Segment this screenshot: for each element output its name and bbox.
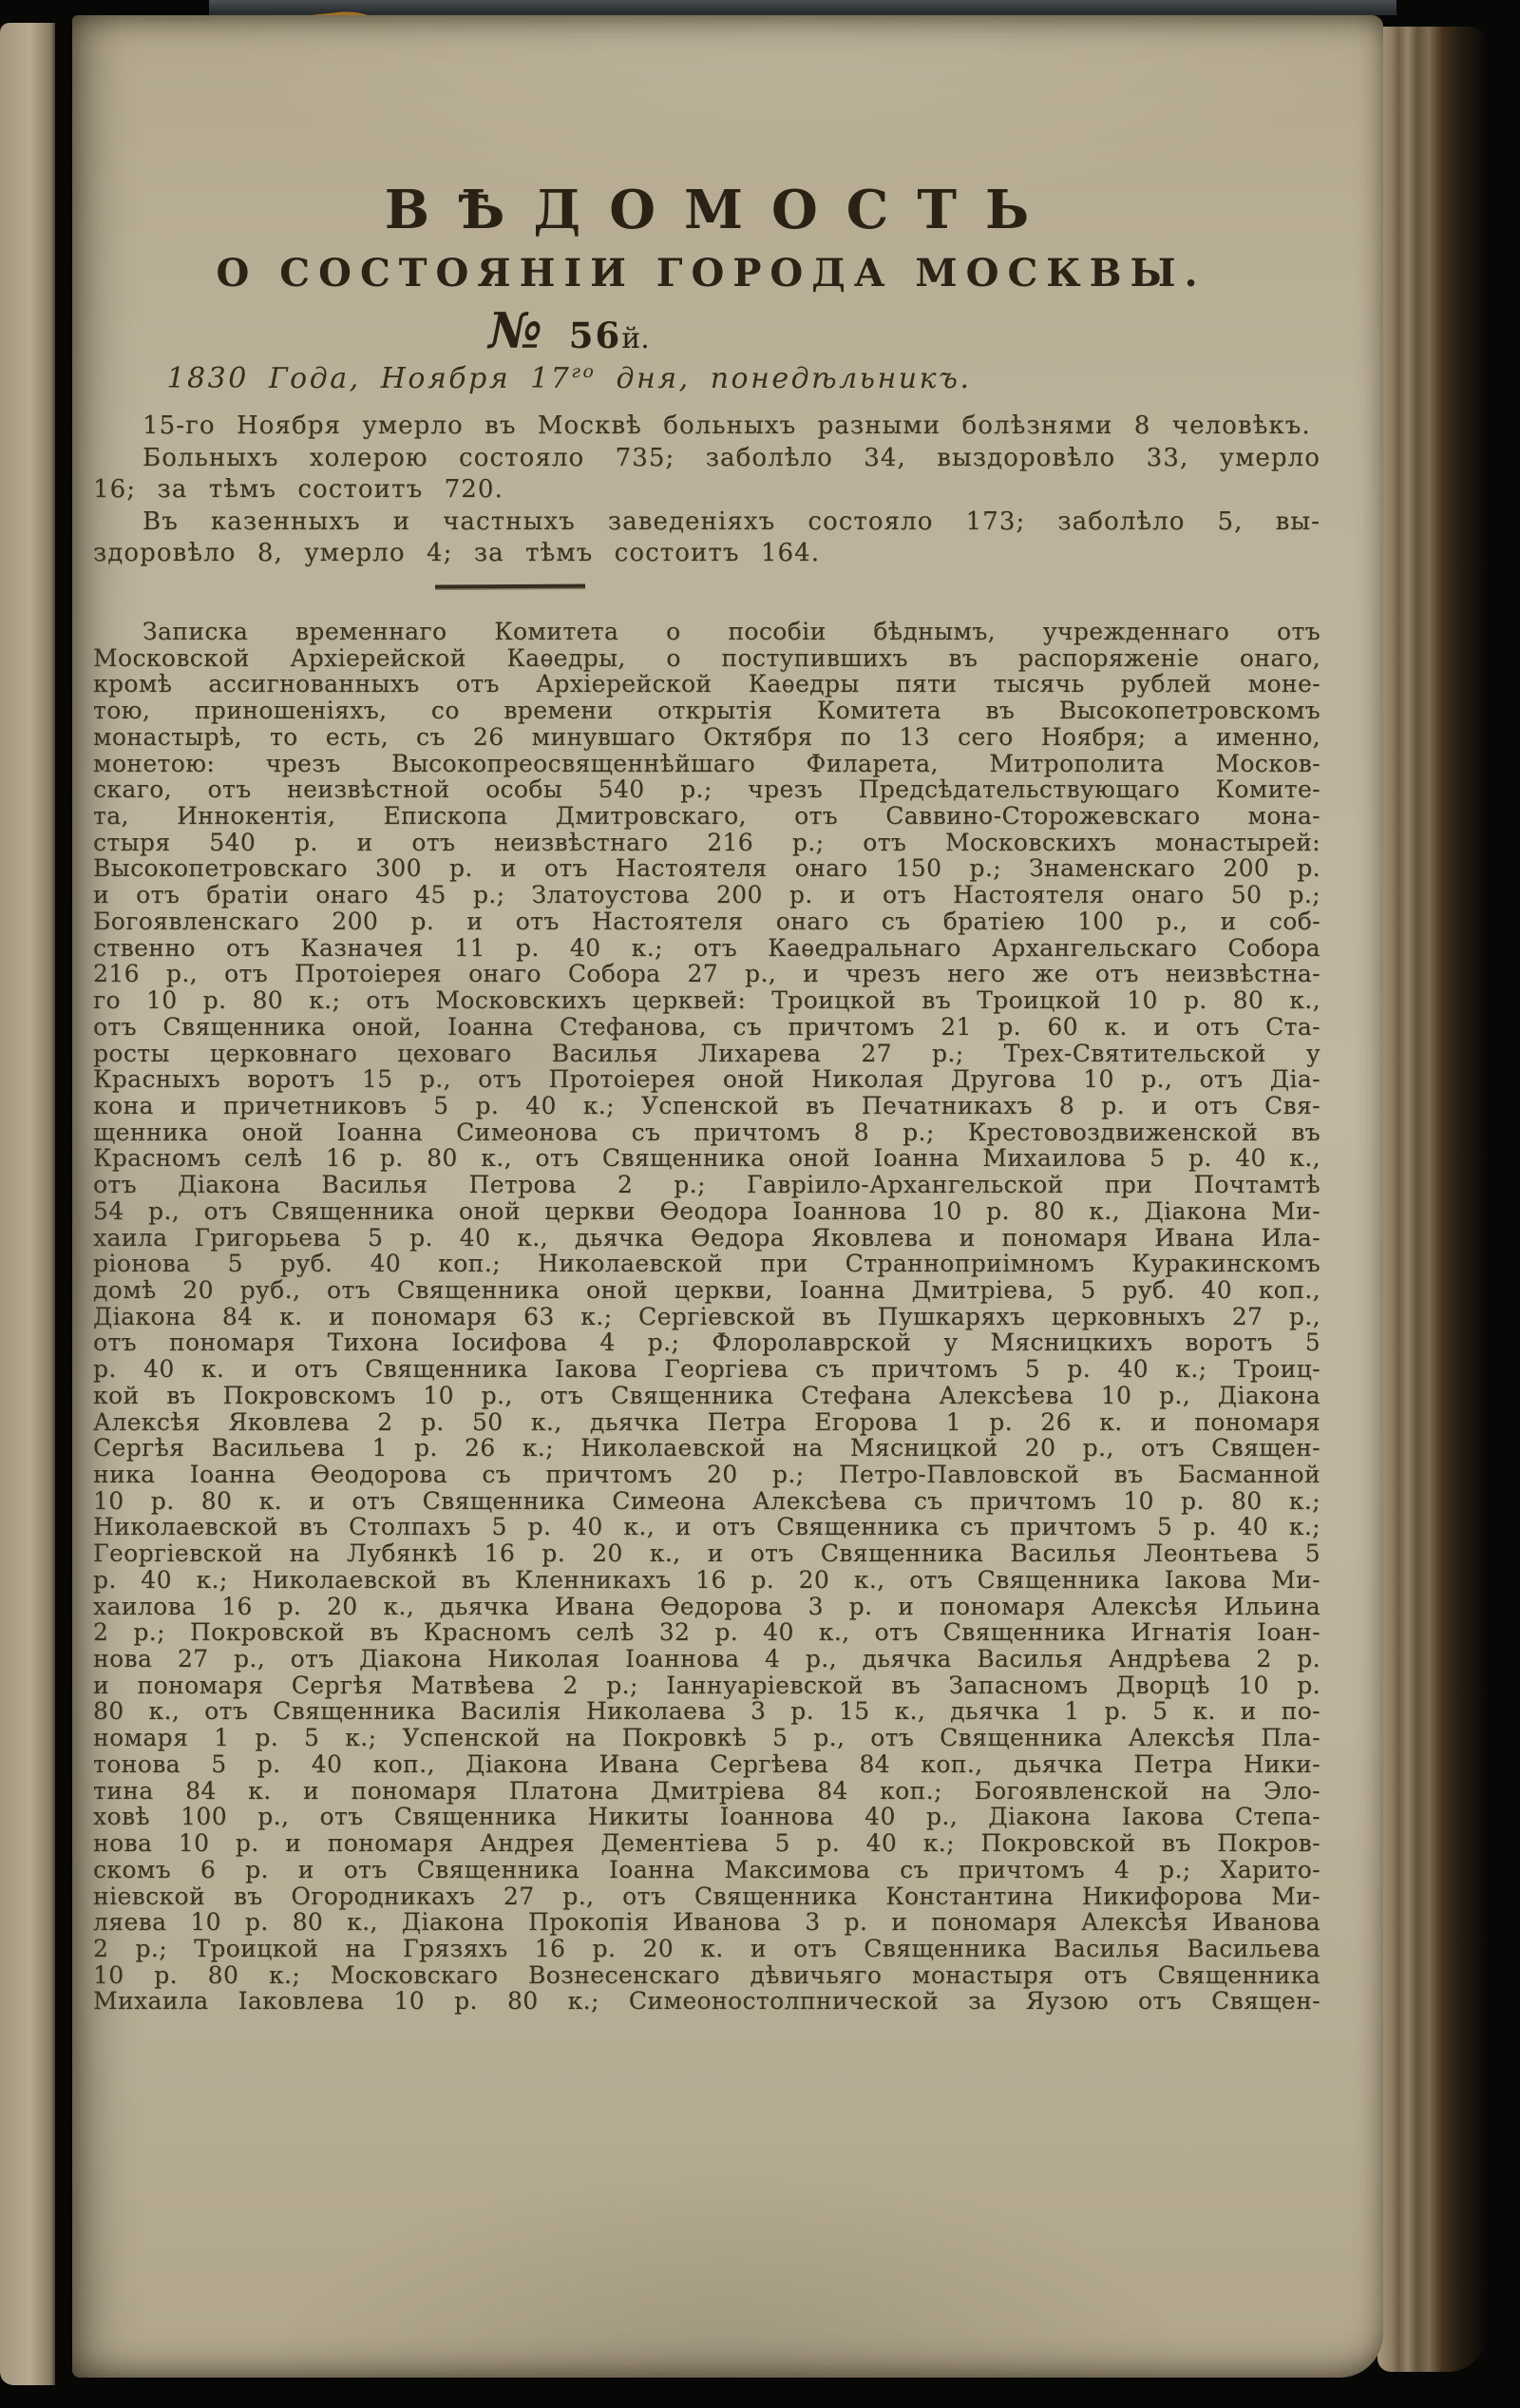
text-line: ріонова 5 руб. 40 коп.; Николаевской при… bbox=[93, 1251, 1320, 1277]
text-line: Въ казенныхъ и частныхъ заведеніяхъ сост… bbox=[93, 506, 1320, 539]
text-line: тонова 5 р. 40 коп., Діакона Ивана Сергѣ… bbox=[93, 1751, 1320, 1778]
text-line: ніевской въ Огородникахъ 27 р., отъ Свящ… bbox=[93, 1883, 1320, 1910]
dateline-post: дня, понедѣльникъ. bbox=[596, 362, 971, 395]
book-spine-top bbox=[209, 0, 1396, 15]
text-line: нова 27 р., отъ Діакона Николая Іоаннова… bbox=[93, 1646, 1320, 1672]
text-line: Діакона 84 к. и пономаря 63 к.; Сергіевс… bbox=[93, 1304, 1320, 1330]
text-line: Московской Архіерейской Каѳедры, о посту… bbox=[93, 645, 1320, 672]
book-photo: ВѢДОМОСТЬ О СОСТОЯНІИ ГОРОДА МОСКВЫ. №56… bbox=[0, 0, 1520, 2408]
text-line: 15-го Ноября умерло въ Москвѣ больныхъ р… bbox=[93, 411, 1320, 443]
dateline-ordinal: го bbox=[571, 361, 596, 382]
previous-page-edge bbox=[0, 23, 55, 2385]
text-line: монетою: чрезъ Высокопреосвященнѣйшаго Ф… bbox=[93, 751, 1320, 777]
text-line: 2 р.; Покровской въ Красномъ селѣ 32 р. … bbox=[93, 1619, 1320, 1646]
text-line: отъ пономаря Тихона Іосифова 4 р.; Флоро… bbox=[93, 1329, 1320, 1356]
text-line: го 10 р. 80 к.; отъ Московскихъ церквей:… bbox=[93, 987, 1320, 1014]
text-line: хаилова 16 р. 20 к., дьячка Ивана Ѳедоро… bbox=[93, 1594, 1320, 1620]
text-line: монастырѣ, то есть, съ 26 минувшаго Октя… bbox=[93, 724, 1320, 751]
text-line: кромѣ ассигнованныхъ отъ Архіерейской Ка… bbox=[93, 671, 1320, 698]
dateline-pre: 1830 Года, Ноября 17 bbox=[166, 362, 571, 395]
text-line: 10 р. 80 к. и отъ Священника Симеона Але… bbox=[93, 1488, 1320, 1515]
text-line: Николаевской въ Столпахъ 5 р. 40 к., и о… bbox=[93, 1514, 1320, 1540]
masthead-subtitle: О СОСТОЯНІИ ГОРОДА МОСКВЫ. bbox=[93, 251, 1320, 296]
numero-sign: № bbox=[488, 302, 542, 360]
text-line: и отъ братіи онаго 45 р.; Златоустова 20… bbox=[93, 882, 1320, 908]
text-column: ВѢДОМОСТЬ О СОСТОЯНІИ ГОРОДА МОСКВЫ. №56… bbox=[93, 15, 1320, 2378]
text-line: Георгіевской на Лубянкѣ 16 р. 20 к., и о… bbox=[93, 1540, 1320, 1567]
daily-report: 15-го Ноября умерло въ Москвѣ больныхъ р… bbox=[93, 411, 1320, 570]
text-line: 10 р. 80 к.; Московскаго Вознесенскаго д… bbox=[93, 1962, 1320, 1989]
text-line: щенника оной Іоанна Симеонова съ причтом… bbox=[93, 1119, 1320, 1146]
text-line: 16; за тѣмъ состоитъ 720. bbox=[93, 474, 1320, 506]
page: ВѢДОМОСТЬ О СОСТОЯНІИ ГОРОДА МОСКВЫ. №56… bbox=[72, 15, 1383, 2378]
text-line: Сергѣя Васильева 1 р. 26 к.; Николаевско… bbox=[93, 1435, 1320, 1462]
text-line: и пономаря Сергѣя Матвѣева 2 р.; Іаннуар… bbox=[93, 1672, 1320, 1699]
text-line: ляева 10 р. 80 к., Діакона Прокопія Иван… bbox=[93, 1909, 1320, 1936]
masthead-title: ВѢДОМОСТЬ bbox=[93, 179, 1320, 241]
text-line: Высокопетровскаго 300 р. и отъ Настоятел… bbox=[93, 855, 1320, 882]
text-line: ственно отъ Казначея 11 р. 40 к.; отъ Ка… bbox=[93, 935, 1320, 962]
text-line: Красномъ селѣ 16 р. 80 к., отъ Священник… bbox=[93, 1145, 1320, 1172]
text-line: нова 10 р. и пономаря Андрея Дементіева … bbox=[93, 1830, 1320, 1857]
text-line: Красныхъ воротъ 15 р., отъ Протоіерея он… bbox=[93, 1066, 1320, 1093]
text-line: Богоявленскаго 200 р. и отъ Настоятеля о… bbox=[93, 908, 1320, 935]
text-line: 2 р.; Троицкой на Грязяхъ 16 р. 20 к. и … bbox=[93, 1936, 1320, 1962]
text-line: росты церковнаго цеховаго Василья Лихаре… bbox=[93, 1041, 1320, 1067]
issue-number: 56 bbox=[569, 315, 622, 356]
text-line: 216 р., отъ Протоіерея онаго Собора 27 р… bbox=[93, 961, 1320, 987]
text-line: ника Іоанна Ѳеодорова съ причтомъ 20 р.;… bbox=[93, 1462, 1320, 1488]
text-line: тою, приношеніяхъ, со времени открытія К… bbox=[93, 698, 1320, 724]
text-line: Записка временнаго Комитета о пособіи бѣ… bbox=[93, 619, 1320, 645]
text-line: отъ Священника оной, Іоанна Стефанова, с… bbox=[93, 1014, 1320, 1041]
text-line: хаила Григорьева 5 р. 40 к., дьячка Ѳедо… bbox=[93, 1225, 1320, 1252]
text-line: 54 р., отъ Священника оной церкви Ѳеодор… bbox=[93, 1198, 1320, 1225]
issue-suffix: й. bbox=[621, 322, 650, 355]
text-line: та, Иннокентія, Епископа Дмитровскаго, о… bbox=[93, 803, 1320, 830]
text-line: тина 84 к. и пономаря Платона Дмитріева … bbox=[93, 1778, 1320, 1805]
page-stack-edge bbox=[1377, 27, 1488, 2372]
text-line: 80 к., отъ Священника Василія Николаева … bbox=[93, 1698, 1320, 1725]
text-line: Алексѣя Яковлева 2 р. 50 к., дьячка Петр… bbox=[93, 1409, 1320, 1436]
text-line: домѣ 20 руб., отъ Священника оной церкви… bbox=[93, 1277, 1320, 1304]
text-line: скаго, отъ неизвѣстной особы 540 р.; чре… bbox=[93, 776, 1320, 803]
section-divider bbox=[435, 583, 585, 588]
dateline: 1830 Года, Ноября 17го дня, понедѣльникъ… bbox=[93, 361, 1320, 395]
text-line: здоровѣло 8, умерло 4; за тѣмъ состоитъ … bbox=[93, 538, 1320, 570]
text-line: стыря 540 р. и отъ неизвѣстнаго 216 р.; … bbox=[93, 830, 1320, 856]
text-line: кой въ Покровскомъ 10 р., отъ Священника… bbox=[93, 1383, 1320, 1409]
committee-note: Записка временнаго Комитета о пособіи бѣ… bbox=[93, 619, 1320, 2015]
text-line: Михаила Іаковлева 10 р. 80 к.; Симеоност… bbox=[93, 1988, 1320, 2015]
issue-number-line: №56й. bbox=[93, 302, 1320, 360]
text-line: р. 40 к.; Николаевской въ Кленникахъ 16 … bbox=[93, 1567, 1320, 1594]
text-line: ховѣ 100 р., отъ Священника Никиты Іоанн… bbox=[93, 1804, 1320, 1830]
text-line: Больныхъ холерою состояло 735; заболѣло … bbox=[93, 443, 1320, 475]
text-line: скомъ 6 р. и отъ Священника Іоанна Макси… bbox=[93, 1857, 1320, 1883]
text-line: р. 40 к. и отъ Священника Іакова Георгіе… bbox=[93, 1356, 1320, 1383]
text-line: отъ Діакона Василья Петрова 2 р.; Гавріи… bbox=[93, 1172, 1320, 1198]
text-line: номаря 1 р. 5 к.; Успенской на Покровкѣ … bbox=[93, 1725, 1320, 1751]
text-line: кона и причетниковъ 5 р. 40 к.; Успенско… bbox=[93, 1093, 1320, 1119]
